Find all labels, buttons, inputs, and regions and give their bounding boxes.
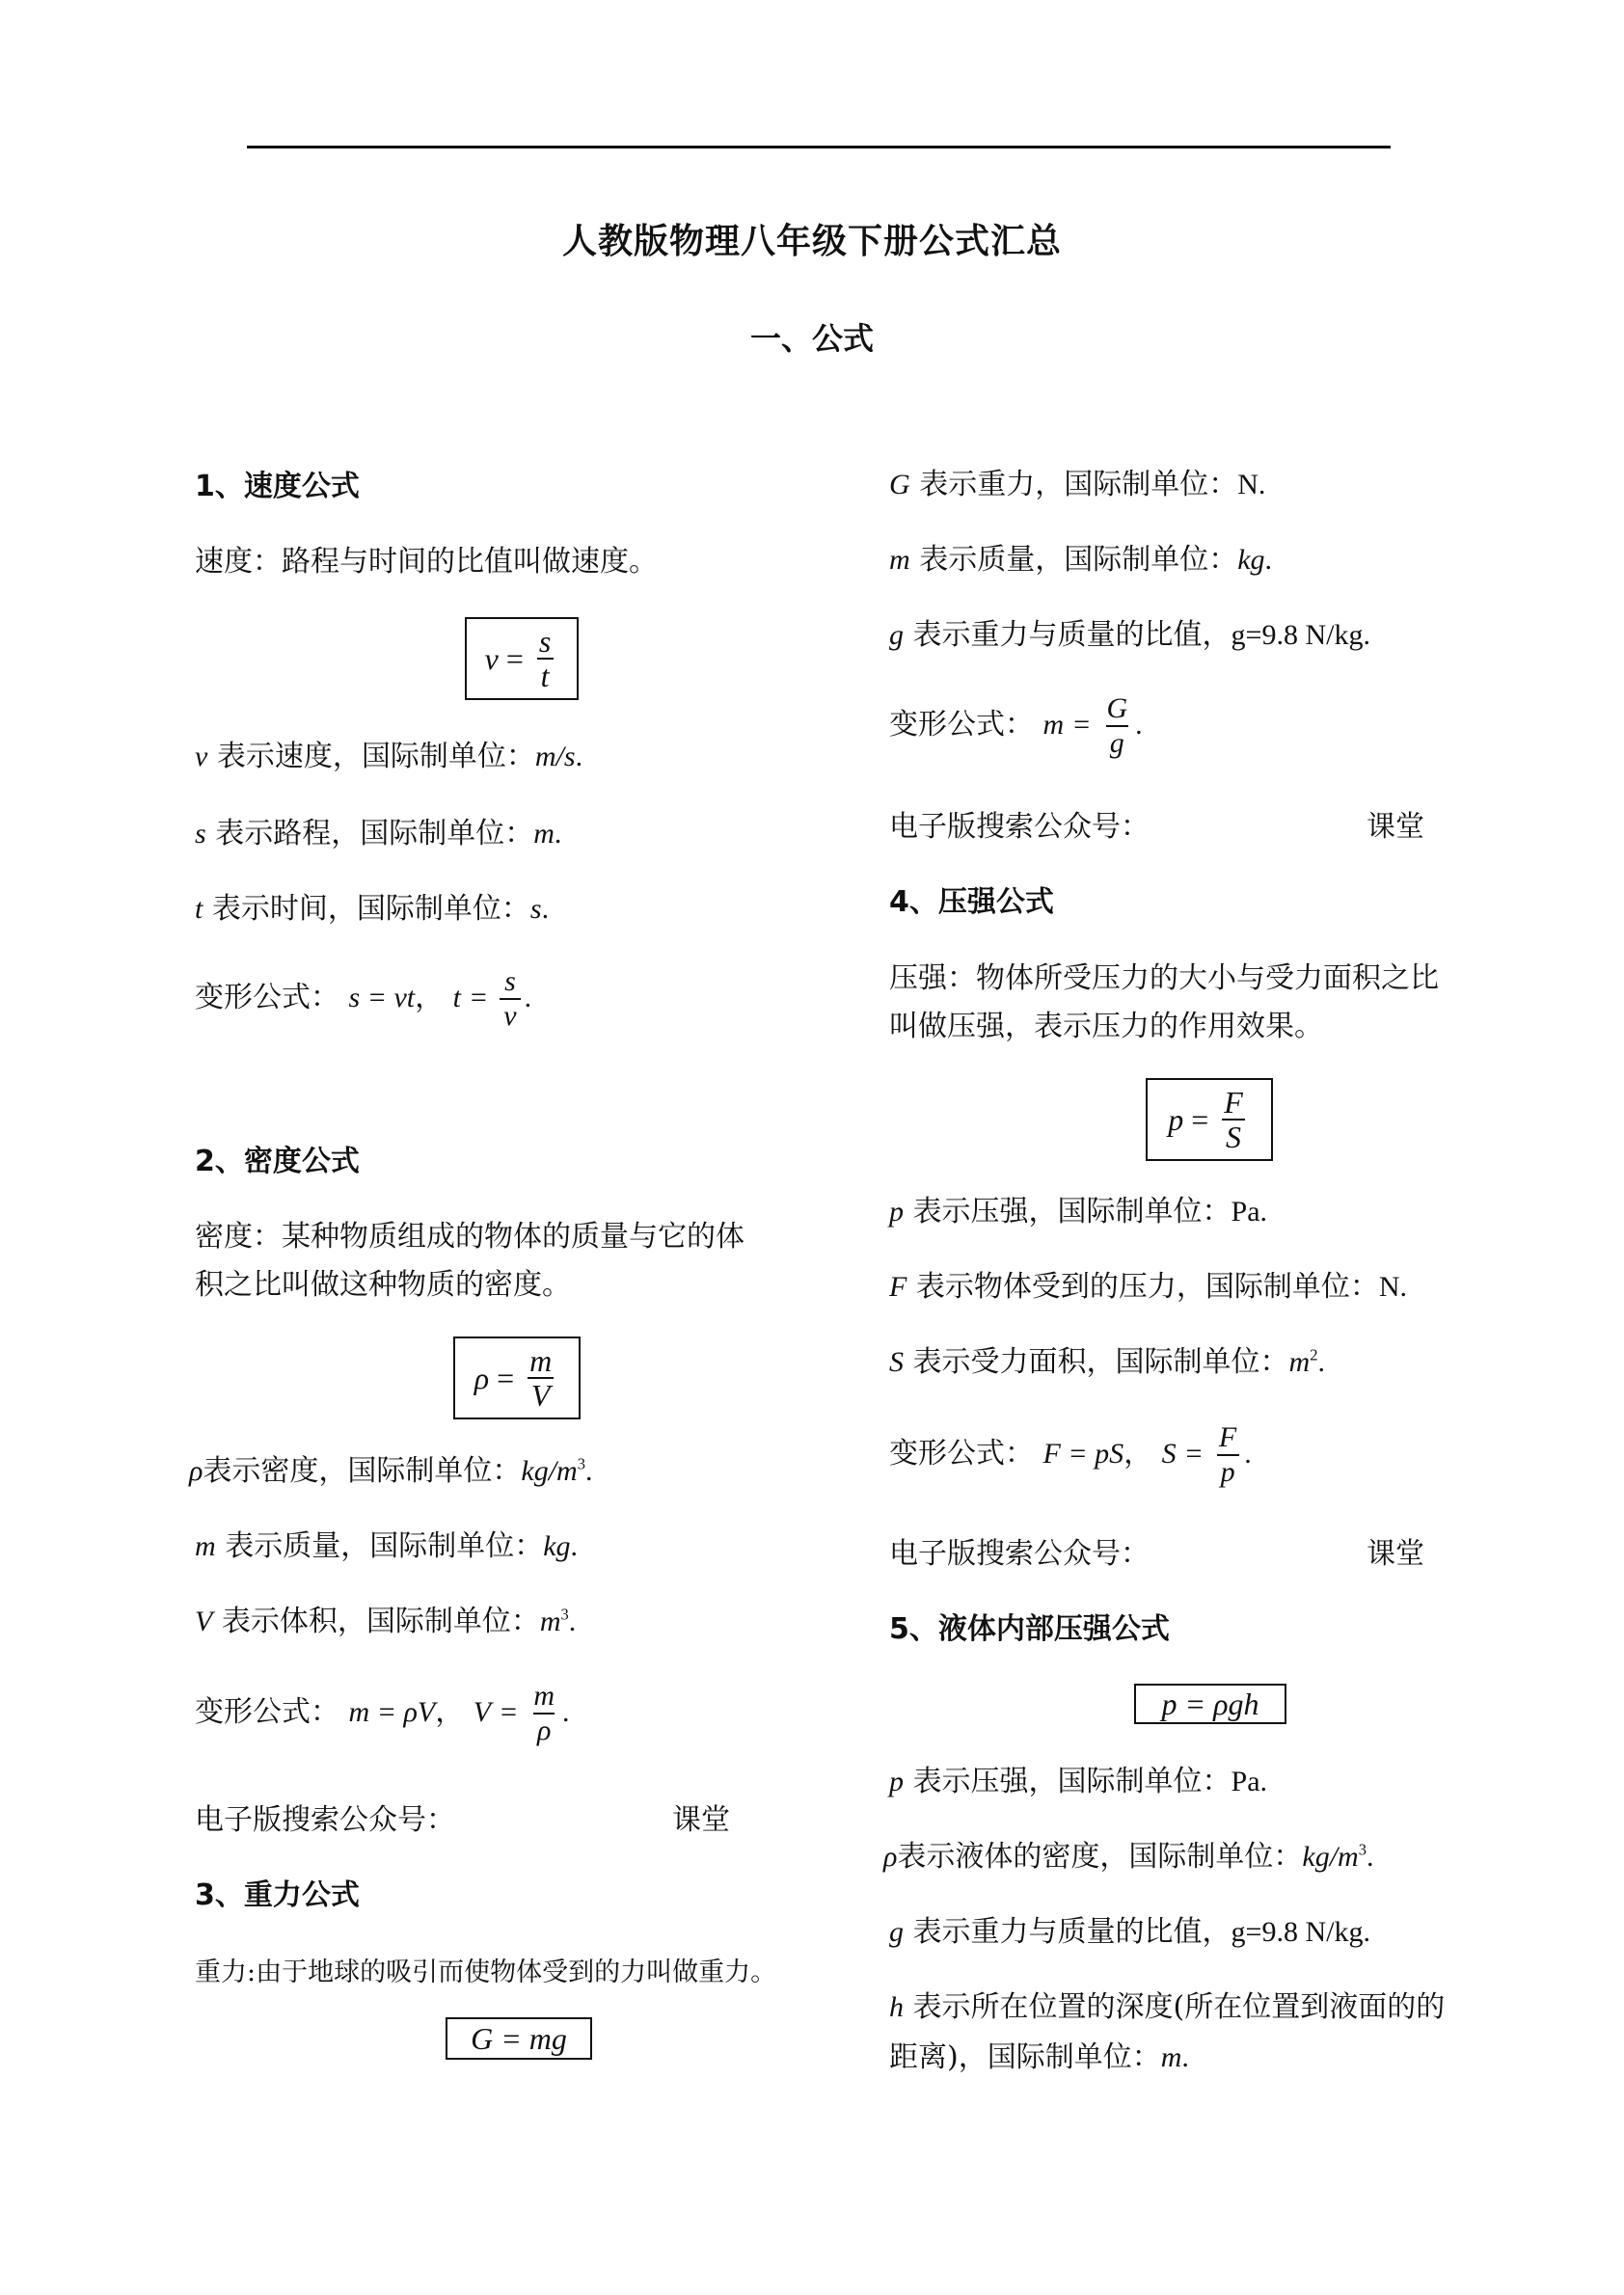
- derived-formula-density: 变形公式： m = ρV， V=mρ.: [195, 1674, 569, 1751]
- derived-lhs: S: [1162, 1438, 1177, 1470]
- symbol-line: ρ表示液体的密度，国际制单位：kg/m3.: [883, 1838, 1373, 1876]
- period: .: [1244, 1438, 1252, 1470]
- symbol-desc: 表示时间，国际制单位：: [212, 892, 530, 926]
- denominator: V: [528, 1377, 555, 1412]
- symbol: v: [195, 741, 207, 772]
- period: .: [1367, 1841, 1374, 1873]
- fraction: Gg: [1102, 692, 1131, 760]
- denominator: g: [1106, 725, 1128, 760]
- formula-box-gravity: G = mg: [446, 2017, 592, 2060]
- unit: s: [530, 893, 542, 925]
- unit: m: [1289, 1346, 1311, 1378]
- derived-lhs: t: [453, 982, 461, 1013]
- fraction: mρ: [529, 1680, 558, 1747]
- fraction: Fp: [1215, 1421, 1240, 1489]
- period: .: [542, 893, 550, 925]
- definition-gravity: 重力:由于地球的吸引而使物体受到的力叫做重力。: [195, 1954, 776, 1992]
- symbol: h: [889, 1991, 904, 2023]
- symbol-desc: 表示物体受到的压力，国际制单位：: [916, 1270, 1379, 1304]
- section-heading-pressure: 4、压强公式: [889, 883, 1054, 922]
- unit-exponent: 3: [1359, 1840, 1367, 1858]
- fraction: FS: [1220, 1086, 1247, 1153]
- symbol: g: [889, 1916, 904, 1948]
- period: .: [1135, 709, 1143, 741]
- symbol-desc: 表示重力与质量的比值，: [913, 618, 1232, 652]
- derived-lhs: m: [1043, 709, 1065, 741]
- definition-speed: 速度：路程与时间的比值叫做速度。: [195, 543, 658, 581]
- symbol-desc: 表示质量，国际制单位：: [919, 543, 1237, 577]
- numerator: F: [1215, 1421, 1240, 1454]
- symbol-line: p 表示压强，国际制单位：Pa.: [889, 1763, 1267, 1801]
- formula-box-density: ρ = mV: [453, 1336, 581, 1419]
- symbol-line: V 表示体积，国际制单位：m3.: [195, 1603, 576, 1641]
- section-title: 一、公式: [0, 314, 1624, 359]
- promo-line: 电子版搜索公众号：课堂: [195, 1801, 730, 1840]
- symbol-line: v 表示速度，国际制单位：m/s.: [195, 738, 582, 776]
- symbol-line: S 表示受力面积，国际制单位：m2.: [889, 1343, 1325, 1382]
- numerator: G: [1102, 692, 1131, 725]
- symbol-line-continued: 距离)，国际制单位：m.: [889, 2038, 1189, 2077]
- unit: kg/m: [521, 1455, 577, 1487]
- period: .: [1317, 1346, 1325, 1378]
- formula-eq: =: [1191, 1102, 1208, 1138]
- unit: kg/m: [1302, 1841, 1358, 1873]
- unit: m: [533, 818, 555, 850]
- section-heading-speed: 1、速度公式: [195, 468, 360, 506]
- promo-suffix: 课堂: [1367, 810, 1424, 844]
- formula-lhs: p: [1168, 1102, 1183, 1138]
- period: .: [571, 1530, 579, 1562]
- formula-box-speed: v = st: [465, 617, 579, 700]
- derived-lhs: V: [474, 1696, 491, 1728]
- derived-formula-1: m = ρV: [349, 1696, 436, 1728]
- symbol: p: [889, 1196, 904, 1228]
- promo-line: 电子版搜索公众号：课堂: [889, 1535, 1424, 1574]
- document-title: 人教版物理八年级下册公式汇总: [0, 214, 1624, 263]
- formula-lhs: ρ: [474, 1361, 489, 1396]
- numerator: m: [526, 1344, 555, 1377]
- symbol-desc: 表示压强，国际制单位：: [913, 1765, 1232, 1798]
- unit: Pa: [1232, 1196, 1260, 1228]
- unit: g=9.8 N/kg: [1232, 619, 1364, 651]
- section-heading-liquid-pressure: 5、液体内部压强公式: [889, 1610, 1170, 1649]
- derived-label: 变形公式：: [195, 1695, 339, 1729]
- symbol-desc: 表示压强，国际制单位：: [913, 1195, 1232, 1228]
- definition-density-line1: 密度：某种物质组成的物体的质量与它的体: [195, 1218, 744, 1256]
- symbol: t: [195, 893, 203, 925]
- denominator: p: [1217, 1454, 1239, 1489]
- symbol: p: [889, 1766, 904, 1797]
- symbol-desc: 表示重力，国际制单位：: [919, 468, 1237, 501]
- symbol-desc: 表示液体的密度，国际制单位：: [897, 1840, 1302, 1874]
- numerator: s: [501, 965, 520, 998]
- separator: ，: [435, 1695, 464, 1729]
- period: .: [525, 982, 532, 1013]
- period: .: [1363, 1916, 1370, 1948]
- numerator: m: [529, 1680, 558, 1713]
- period: .: [1265, 544, 1273, 576]
- promo-label: 电子版搜索公众号：: [889, 1537, 1150, 1571]
- symbol: F: [889, 1271, 907, 1303]
- definition-pressure-line1: 压强：物体所受压力的大小与受力面积之比: [889, 959, 1439, 998]
- symbol: ρ: [883, 1841, 897, 1873]
- derived-formula-speed: 变形公式： s = vt， t=sv.: [195, 959, 531, 1037]
- period: .: [585, 1455, 593, 1487]
- derived-label: 变形公式：: [889, 708, 1034, 742]
- derived-label: 变形公式：: [195, 981, 339, 1014]
- denominator: S: [1222, 1119, 1245, 1153]
- definition-density-line2: 积之比叫做这种物质的密度。: [195, 1266, 571, 1305]
- symbol-line: p 表示压强，国际制单位：Pa.: [889, 1193, 1267, 1231]
- symbol: ρ: [189, 1455, 203, 1487]
- period: .: [1400, 1271, 1408, 1303]
- symbol-desc: 表示受力面积，国际制单位：: [913, 1345, 1289, 1379]
- separator: ，: [415, 981, 444, 1014]
- unit: N: [1379, 1271, 1400, 1303]
- denominator: t: [537, 658, 554, 692]
- symbol-desc: 表示所在位置的深度(所在位置到液面的的: [913, 1990, 1446, 2024]
- derived-formula-pressure: 变形公式： F = pS， S=Fp.: [889, 1416, 1252, 1493]
- promo-line: 电子版搜索公众号：课堂: [889, 808, 1424, 847]
- formula-box-liquid-pressure: p = ρgh: [1134, 1684, 1286, 1724]
- numerator: F: [1220, 1086, 1247, 1119]
- denominator: ρ: [533, 1713, 555, 1747]
- symbol-desc: 表示路程，国际制单位：: [215, 817, 533, 850]
- symbol-line: g 表示重力与质量的比值，g=9.8 N/kg.: [889, 1913, 1370, 1952]
- unit: kg: [1237, 544, 1264, 576]
- formula-eq: =: [497, 1361, 514, 1396]
- period: .: [1260, 1196, 1268, 1228]
- symbol-line: s 表示路程，国际制单位：m.: [195, 815, 561, 853]
- period: .: [569, 1606, 577, 1637]
- numerator: s: [535, 625, 555, 658]
- symbol-line: h 表示所在位置的深度(所在位置到液面的的: [889, 1988, 1445, 2027]
- symbol: V: [195, 1606, 212, 1637]
- derived-formula-1: F = pS: [1043, 1438, 1124, 1470]
- symbol-desc: 表示重力与质量的比值，: [913, 1915, 1232, 1949]
- symbol-line: ρ表示密度，国际制单位：kg/m3.: [189, 1452, 592, 1491]
- unit: m: [540, 1606, 561, 1637]
- formula-lhs: v: [485, 641, 499, 677]
- fraction: sv: [500, 965, 520, 1033]
- unit: N: [1237, 469, 1259, 500]
- formula-eq: =: [506, 641, 524, 677]
- symbol: s: [195, 818, 206, 850]
- period: .: [1363, 619, 1370, 651]
- period: .: [562, 1696, 570, 1728]
- period: .: [1260, 1766, 1268, 1797]
- promo-suffix: 课堂: [672, 1803, 730, 1837]
- promo-label: 电子版搜索公众号：: [889, 810, 1150, 844]
- symbol-desc: 表示密度，国际制单位：: [203, 1454, 521, 1488]
- promo-label: 电子版搜索公众号：: [195, 1803, 455, 1837]
- symbol: g: [889, 619, 904, 651]
- section-heading-density: 2、密度公式: [195, 1143, 360, 1181]
- unit: m/s: [535, 741, 576, 772]
- symbol-desc: 表示速度，国际制单位：: [217, 740, 535, 773]
- symbol: m: [889, 544, 910, 576]
- symbol: m: [195, 1530, 216, 1562]
- unit: m: [1161, 2041, 1182, 2073]
- unit: kg: [543, 1530, 570, 1562]
- formula-box-pressure: p = FS: [1146, 1078, 1273, 1161]
- symbol: S: [889, 1346, 904, 1378]
- promo-suffix: 课堂: [1367, 1537, 1424, 1571]
- unit-exponent: 3: [561, 1605, 569, 1623]
- separator: ，: [1123, 1437, 1152, 1471]
- symbol-desc: 表示质量，国际制单位：: [225, 1529, 543, 1563]
- symbol: G: [889, 469, 910, 500]
- symbol-desc: 距离)，国际制单位：: [889, 2040, 1161, 2074]
- denominator: v: [500, 998, 520, 1033]
- symbol-line: g 表示重力与质量的比值，g=9.8 N/kg.: [889, 616, 1370, 655]
- derived-formula-1: s = vt: [349, 982, 416, 1013]
- symbol-line: F 表示物体受到的压力，国际制单位：N.: [889, 1268, 1407, 1307]
- symbol-line: G 表示重力，国际制单位：N.: [889, 466, 1265, 504]
- header-rule: [247, 146, 1391, 148]
- symbol-line: t 表示时间，国际制单位：s.: [195, 890, 549, 929]
- derived-label: 变形公式：: [889, 1437, 1034, 1471]
- unit: Pa: [1232, 1766, 1260, 1797]
- fraction: st: [535, 625, 555, 692]
- derived-formula-gravity: 变形公式： m=Gg.: [889, 687, 1143, 764]
- definition-pressure-line2: 叫做压强，表示压力的作用效果。: [889, 1008, 1323, 1046]
- symbol-line: m 表示质量，国际制单位：kg.: [195, 1527, 578, 1566]
- symbol-line: m 表示质量，国际制单位：kg.: [889, 541, 1272, 580]
- period: .: [576, 741, 583, 772]
- symbol-desc: 表示体积，国际制单位：: [222, 1605, 540, 1638]
- unit-exponent: 3: [578, 1454, 585, 1472]
- fraction: mV: [526, 1344, 555, 1412]
- period: .: [1259, 469, 1266, 500]
- period: .: [1181, 2041, 1189, 2073]
- section-heading-gravity: 3、重力公式: [195, 1876, 360, 1915]
- unit: g=9.8 N/kg: [1232, 1916, 1364, 1948]
- period: .: [555, 818, 562, 850]
